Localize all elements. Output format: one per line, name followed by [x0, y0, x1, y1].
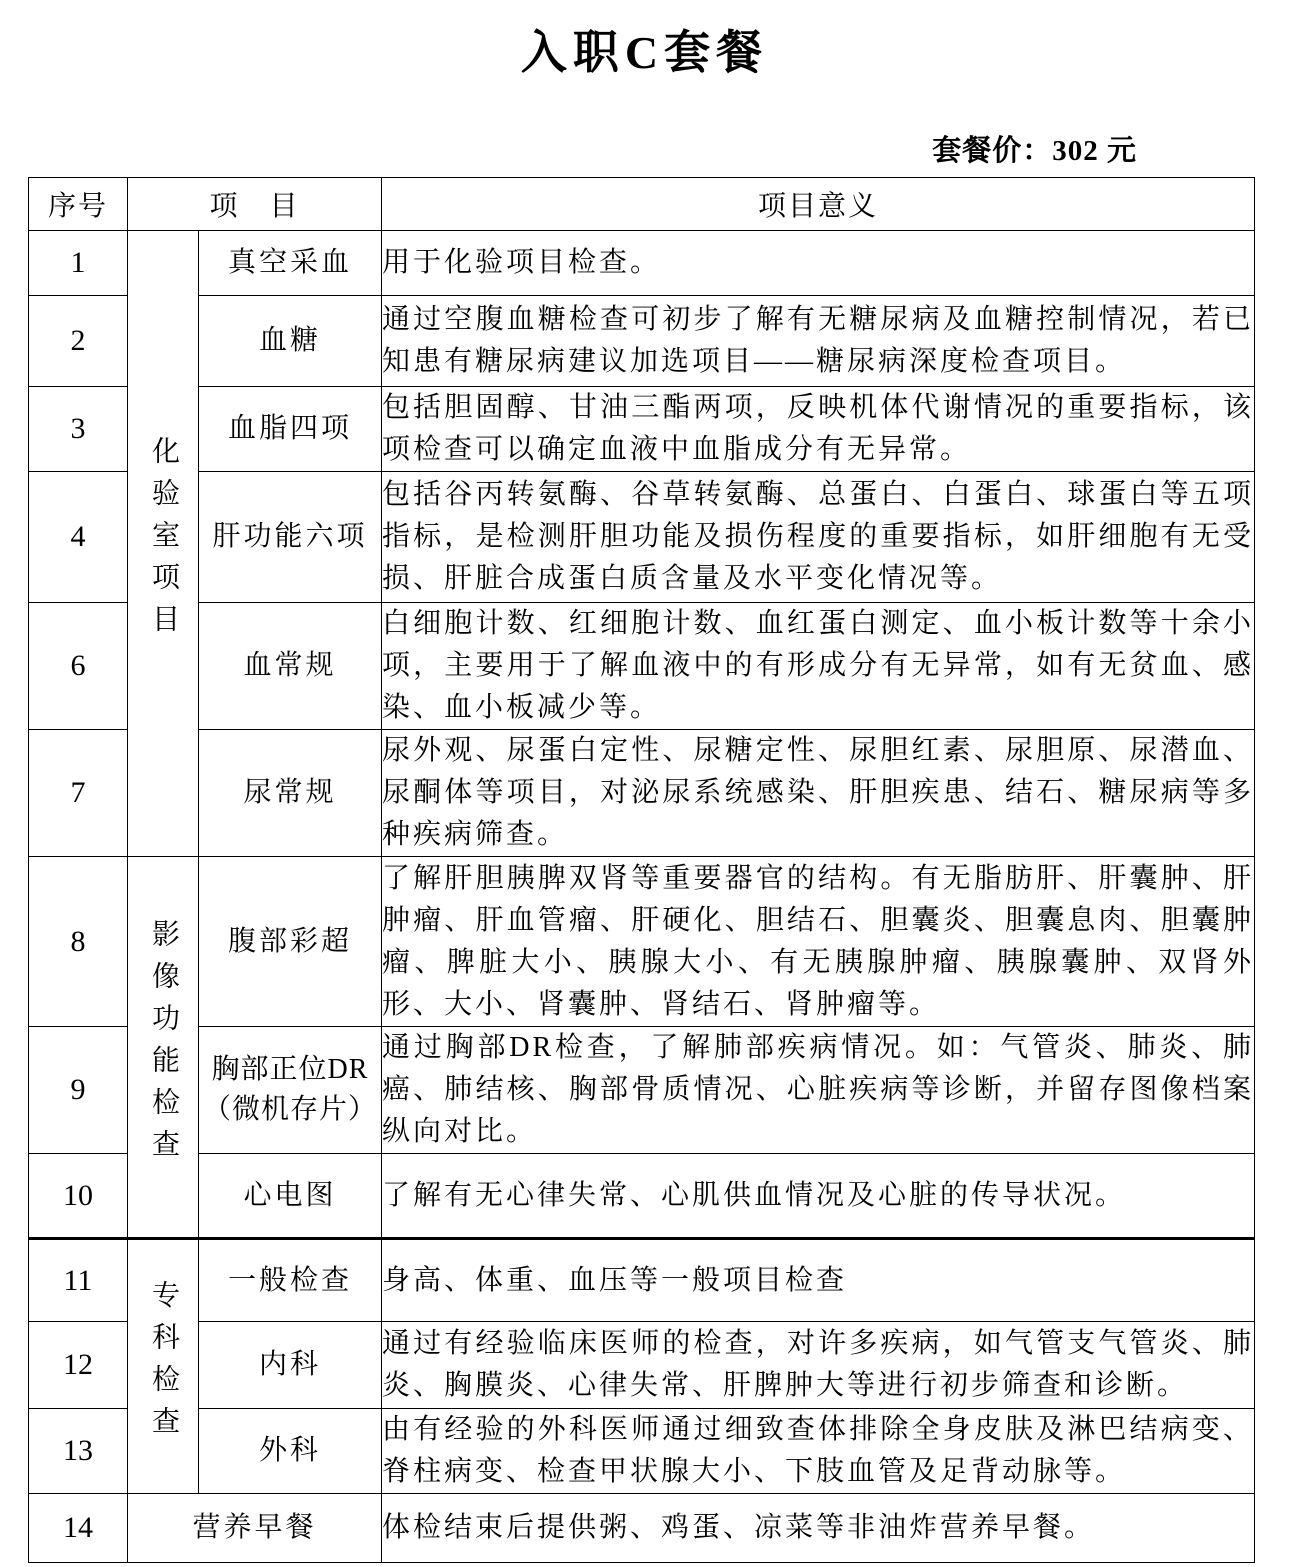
item-name: 营养早餐: [128, 1494, 382, 1563]
table-row: 10 心电图 了解有无心律失常、心肌供血情况及心脏的传导状况。: [29, 1154, 1255, 1239]
item-name: 血糖: [199, 296, 382, 387]
table-row: 2 血糖 通过空腹血糖检查可初步了解有无糖尿病及血糖控制情况，若已知患有糖尿病建…: [29, 296, 1255, 387]
item-desc: 了解肝胆胰脾双肾等重要器官的结构。有无脂肪肝、肝囊肿、肝肿瘤、肝血管瘤、肝硬化、…: [382, 857, 1255, 1027]
table-row: 8 影像功能检查 腹部彩超 了解肝胆胰脾双肾等重要器官的结构。有无脂肪肝、肝囊肿…: [29, 857, 1255, 1027]
item-name: 尿常规: [199, 730, 382, 857]
table-row: 4 肝功能六项 包括谷丙转氨酶、谷草转氨酶、总蛋白、白蛋白、球蛋白等五项指标，是…: [29, 472, 1255, 603]
row-no: 8: [29, 857, 128, 1027]
group-label-specialist: 专科检查: [143, 1280, 183, 1448]
item-desc: 通过有经验临床医师的检查，对许多疾病，如气管支气管炎、肺炎、胸膜炎、心律失常、肝…: [382, 1322, 1255, 1409]
item-desc: 通过胸部DR检查，了解肺部疾病情况。如：气管炎、肺炎、肺癌、肺结核、胸部骨质情况…: [382, 1027, 1255, 1154]
group-label-lab: 化验室项目: [143, 436, 183, 646]
row-no: 1: [29, 231, 128, 296]
table-row: 6 血常规 白细胞计数、红细胞计数、血红蛋白测定、血小板计数等十余小项，主要用于…: [29, 603, 1255, 730]
item-desc: 包括谷丙转氨酶、谷草转氨酶、总蛋白、白蛋白、球蛋白等五项指标，是检测肝胆功能及损…: [382, 472, 1255, 603]
row-no: 4: [29, 472, 128, 603]
item-name: 一般检查: [199, 1239, 382, 1322]
item-name: 肝功能六项: [199, 472, 382, 603]
table-row: 13 外科 由有经验的外科医师通过细致查体排除全身皮肤及淋巴结病变、脊柱病变、检…: [29, 1409, 1255, 1494]
row-no: 9: [29, 1027, 128, 1154]
item-name: 真空采血: [199, 231, 382, 296]
row-no: 2: [29, 296, 128, 387]
row-no: 13: [29, 1409, 128, 1494]
table-row: 7 尿常规 尿外观、尿蛋白定性、尿糖定性、尿胆红素、尿胆原、尿潜血、尿酮体等项目…: [29, 730, 1255, 857]
col-header-no: 序号: [29, 178, 128, 231]
table-row: 12 内科 通过有经验临床医师的检查，对许多疾病，如气管支气管炎、肺炎、胸膜炎、…: [29, 1322, 1255, 1409]
header-row: 序号 项 目 项目意义: [29, 178, 1255, 231]
item-name: 胸部正位DR（微机存片）: [199, 1027, 382, 1154]
package-table: 序号 项 目 项目意义 1 化验室项目 真空采血 用于化验项目检查。 2 血糖 …: [28, 177, 1255, 1563]
item-name: 外科: [199, 1409, 382, 1494]
item-desc: 由有经验的外科医师通过细致查体排除全身皮肤及淋巴结病变、脊柱病变、检查甲状腺大小…: [382, 1409, 1255, 1494]
item-name: 心电图: [199, 1154, 382, 1239]
group-cell-imaging: 影像功能检查: [128, 857, 199, 1239]
row-no: 11: [29, 1239, 128, 1322]
row-no: 3: [29, 387, 128, 472]
item-desc: 白细胞计数、红细胞计数、血红蛋白测定、血小板计数等十余小项，主要用于了解血液中的…: [382, 603, 1255, 730]
item-desc: 包括胆固醇、甘油三酯两项，反映机体代谢情况的重要指标，该项检查可以确定血液中血脂…: [382, 387, 1255, 472]
table-row: 14 营养早餐 体检结束后提供粥、鸡蛋、凉菜等非油炸营养早餐。: [29, 1494, 1255, 1563]
package-price: 套餐价：302 元: [0, 128, 1137, 169]
item-name: 内科: [199, 1322, 382, 1409]
col-header-meaning: 项目意义: [382, 178, 1255, 231]
item-desc: 尿外观、尿蛋白定性、尿糖定性、尿胆红素、尿胆原、尿潜血、尿酮体等项目，对泌尿系统…: [382, 730, 1255, 857]
item-name: 腹部彩超: [199, 857, 382, 1027]
group-cell-lab: 化验室项目: [128, 231, 199, 857]
item-name: 血常规: [199, 603, 382, 730]
row-no: 7: [29, 730, 128, 857]
row-no: 6: [29, 603, 128, 730]
item-desc: 了解有无心律失常、心肌供血情况及心脏的传导状况。: [382, 1154, 1255, 1239]
group-label-imaging: 影像功能检查: [143, 919, 183, 1171]
page-title: 入职C套餐: [0, 0, 1289, 82]
group-cell-specialist: 专科检查: [128, 1239, 199, 1494]
table-row: 9 胸部正位DR（微机存片） 通过胸部DR检查，了解肺部疾病情况。如：气管炎、肺…: [29, 1027, 1255, 1154]
item-desc: 用于化验项目检查。: [382, 231, 1255, 296]
table-row: 11 专科检查 一般检查 身高、体重、血压等一般项目检查: [29, 1239, 1255, 1322]
table-row: 1 化验室项目 真空采血 用于化验项目检查。: [29, 231, 1255, 296]
item-name: 血脂四项: [199, 387, 382, 472]
col-header-item: 项 目: [128, 178, 382, 231]
row-no: 12: [29, 1322, 128, 1409]
item-desc: 身高、体重、血压等一般项目检查: [382, 1239, 1255, 1322]
item-desc: 体检结束后提供粥、鸡蛋、凉菜等非油炸营养早餐。: [382, 1494, 1255, 1563]
item-desc: 通过空腹血糖检查可初步了解有无糖尿病及血糖控制情况，若已知患有糖尿病建议加选项目…: [382, 296, 1255, 387]
table-row: 3 血脂四项 包括胆固醇、甘油三酯两项，反映机体代谢情况的重要指标，该项检查可以…: [29, 387, 1255, 472]
row-no: 14: [29, 1494, 128, 1563]
row-no: 10: [29, 1154, 128, 1239]
